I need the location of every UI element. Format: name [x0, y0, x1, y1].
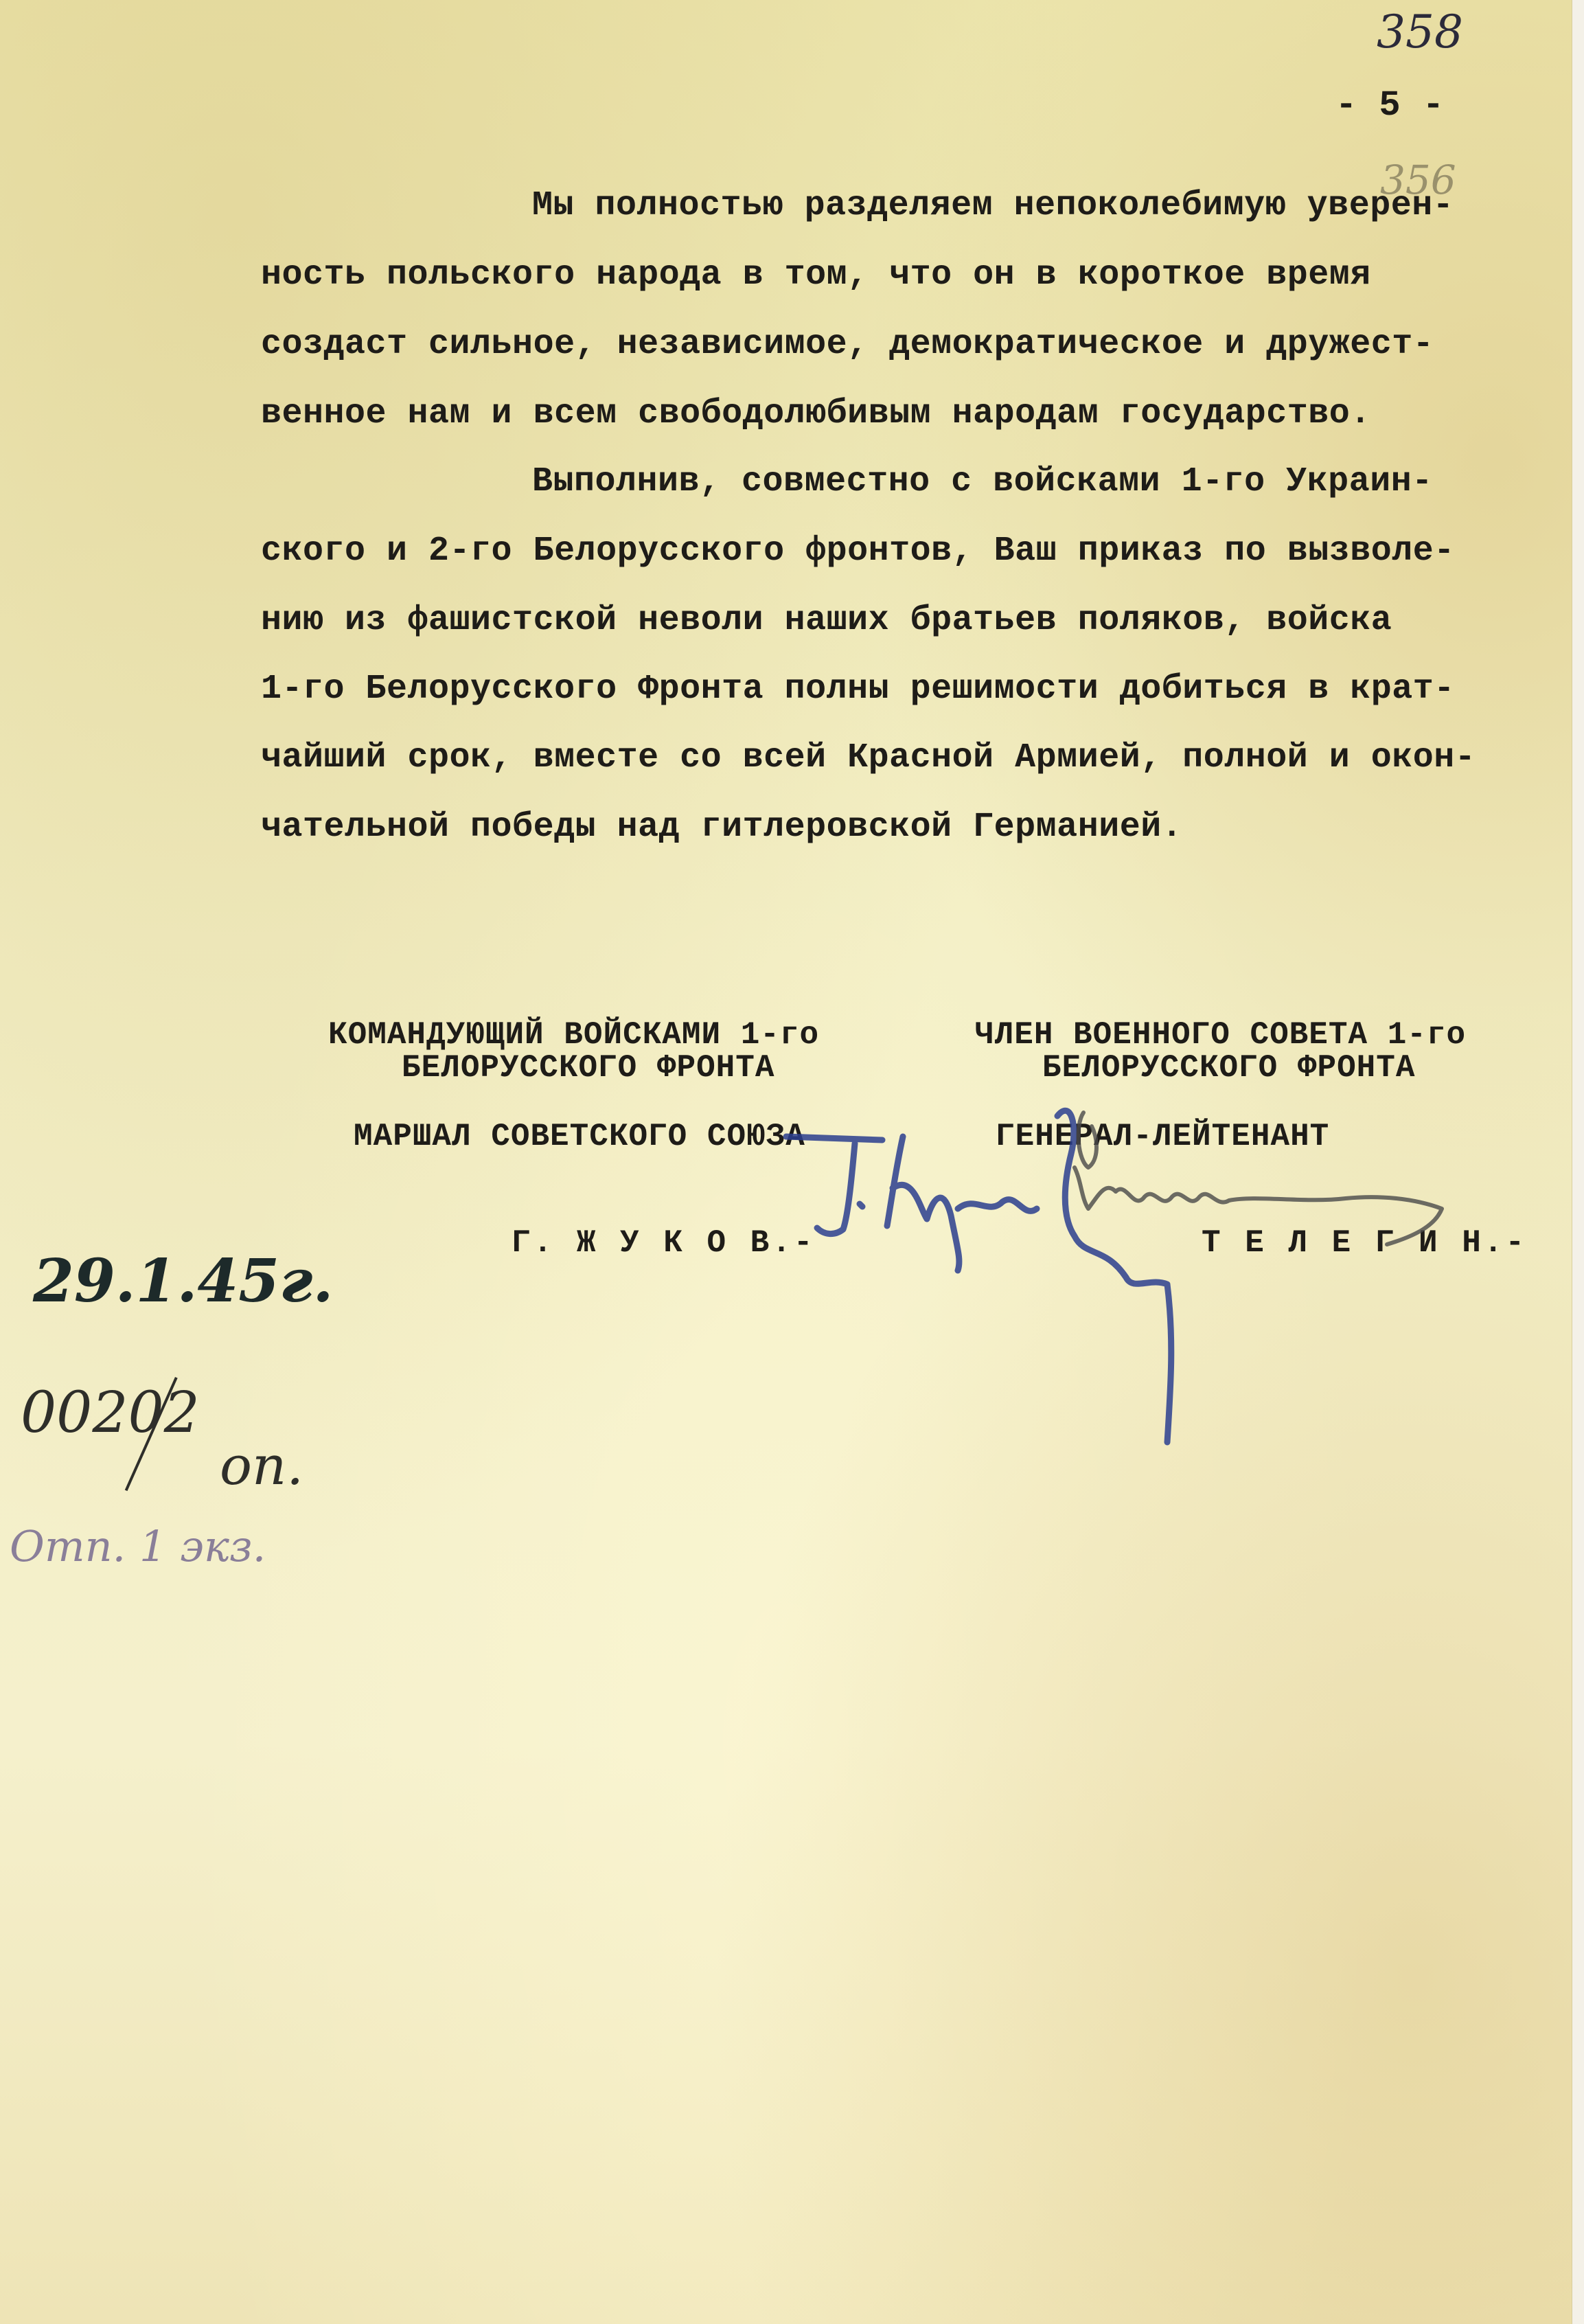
- telegin-signature-icon: [0, 0, 1584, 2324]
- note-registration-number: 00202: [21, 1380, 200, 1446]
- note-date: 29.1.45г.: [33, 1246, 333, 1316]
- note-registration-suffix: оп.: [220, 1435, 303, 1497]
- note-copies: Отп. 1 экз.: [10, 1521, 266, 1571]
